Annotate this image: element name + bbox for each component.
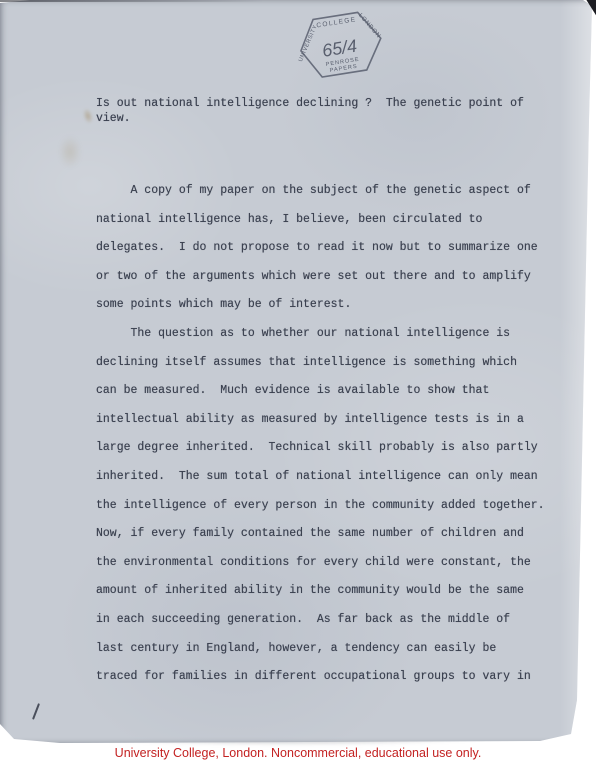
title-line: Is out national intelligence declining ?… — [96, 96, 524, 111]
typed-line: can be measured. Much evidence is availa… — [96, 377, 545, 406]
typed-line: or two of the arguments which were set o… — [96, 263, 545, 292]
document-title: Is out national intelligence declining ?… — [96, 96, 524, 126]
typed-line: A copy of my paper on the subject of the… — [96, 177, 545, 206]
document-body: A copy of my paper on the subject of the… — [96, 177, 545, 692]
typed-line: the intelligence of every person in the … — [96, 492, 545, 521]
archive-caption: University College, London. Noncommercia… — [0, 746, 596, 760]
stamp-text-london: LONDON — [357, 12, 382, 40]
typed-line: inherited. The sum total of national int… — [96, 463, 545, 492]
paper-stain — [56, 132, 84, 172]
scan-top-edge-artifact — [0, 0, 310, 2]
typed-line: delegates. I do not propose to read it n… — [96, 234, 545, 263]
typed-line: amount of inherited ability in the commu… — [96, 577, 545, 606]
typed-line: The question as to whether our national … — [96, 320, 545, 349]
scanned-document-page: COLLEGE UNIVERSITY LONDON 65/4 PENROSE P… — [0, 0, 596, 770]
archive-stamp: COLLEGE UNIVERSITY LONDON 65/4 PENROSE P… — [294, 5, 388, 86]
typed-line: some points which may be of interest. — [96, 291, 545, 320]
title-line: view. — [96, 111, 524, 126]
typed-line: in each succeeding generation. As far ba… — [96, 606, 545, 635]
typed-line: traced for families in different occupat… — [96, 663, 545, 692]
typed-line: Now, if every family contained the same … — [96, 520, 545, 549]
typed-line: large degree inherited. Technical skill … — [96, 434, 545, 463]
typed-line: last century in England, however, a tend… — [96, 635, 545, 664]
typed-line: intellectual ability as measured by inte… — [96, 406, 545, 435]
typed-line: the environmental conditions for every c… — [96, 549, 545, 578]
typed-line: declining itself assumes that intelligen… — [96, 349, 545, 378]
typed-line: national intelligence has, I believe, be… — [96, 206, 545, 235]
